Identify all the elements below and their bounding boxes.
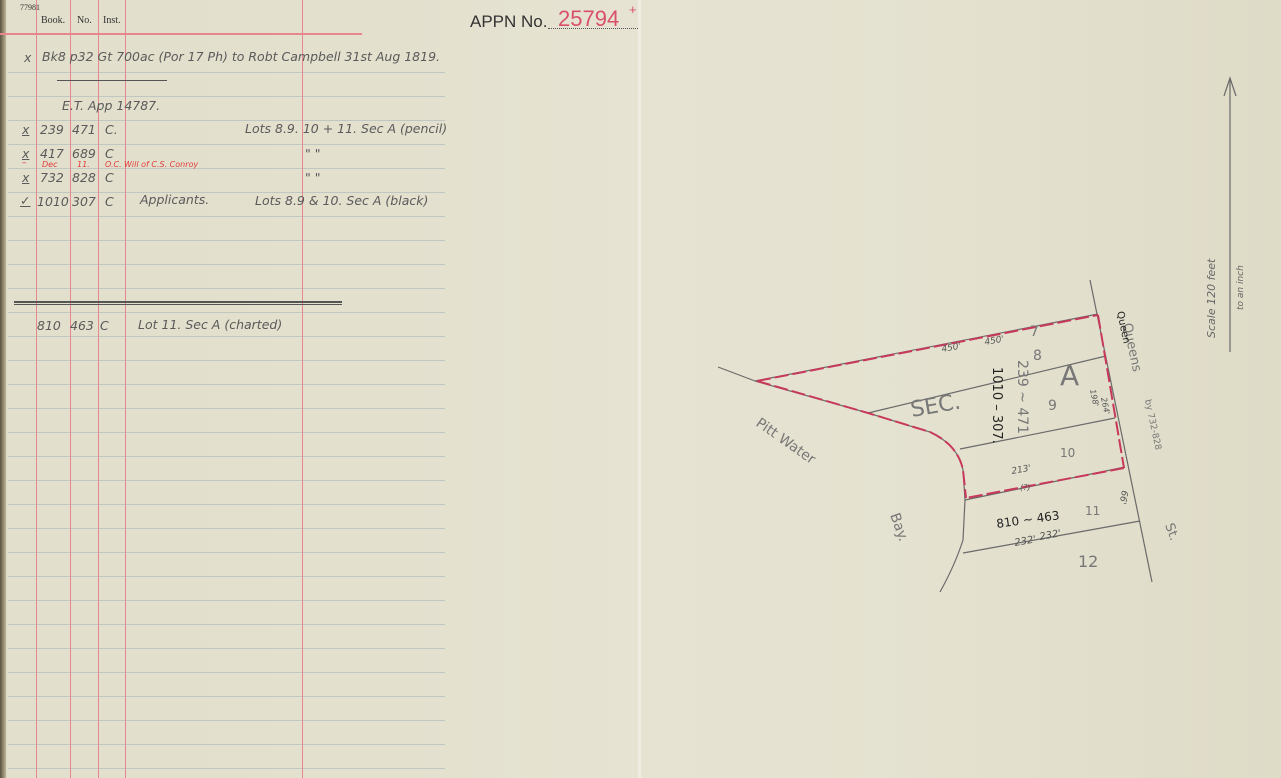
svg-text:239 ~ 471: 239 ~ 471: [1014, 360, 1030, 434]
svg-text:66': 66': [1117, 489, 1129, 504]
svg-text:(?): (?): [1020, 483, 1031, 492]
svg-text:264': 264': [1099, 397, 1111, 416]
svg-text:to an inch: to an inch: [1236, 265, 1246, 310]
svg-text:St.: St.: [1161, 521, 1181, 543]
svg-text:8: 8: [1033, 348, 1042, 364]
svg-text:232': 232': [1039, 528, 1062, 543]
svg-text:10: 10: [1060, 446, 1075, 460]
section-letter: A: [1060, 359, 1079, 392]
water-label: Pitt Water: [753, 415, 819, 468]
scale-note: Scale 120 feet: [1205, 258, 1218, 338]
svg-text:1010 – 307.: 1010 – 307.: [989, 367, 1004, 444]
section-label: SEC.: [909, 390, 963, 423]
svg-text:by 732-828: by 732-828: [1142, 399, 1163, 452]
svg-text:810 ~ 463: 810 ~ 463: [995, 508, 1060, 531]
svg-text:9: 9: [1048, 398, 1057, 414]
svg-text:450': 450': [941, 342, 962, 355]
survey-map-drawing: 450' 450' 264' 198' 213' 232' 232' 66' (…: [0, 0, 1281, 778]
svg-text:12: 12: [1078, 552, 1098, 571]
svg-text:198': 198': [1088, 389, 1100, 408]
svg-text:232': 232': [1014, 534, 1037, 549]
svg-text:Bay.: Bay.: [886, 511, 911, 544]
svg-text:11: 11: [1085, 504, 1100, 518]
svg-text:7: 7: [1030, 324, 1039, 340]
svg-text:450': 450': [984, 335, 1005, 348]
svg-text:Queen: Queen: [1114, 310, 1132, 344]
svg-text:213': 213': [1011, 464, 1032, 477]
